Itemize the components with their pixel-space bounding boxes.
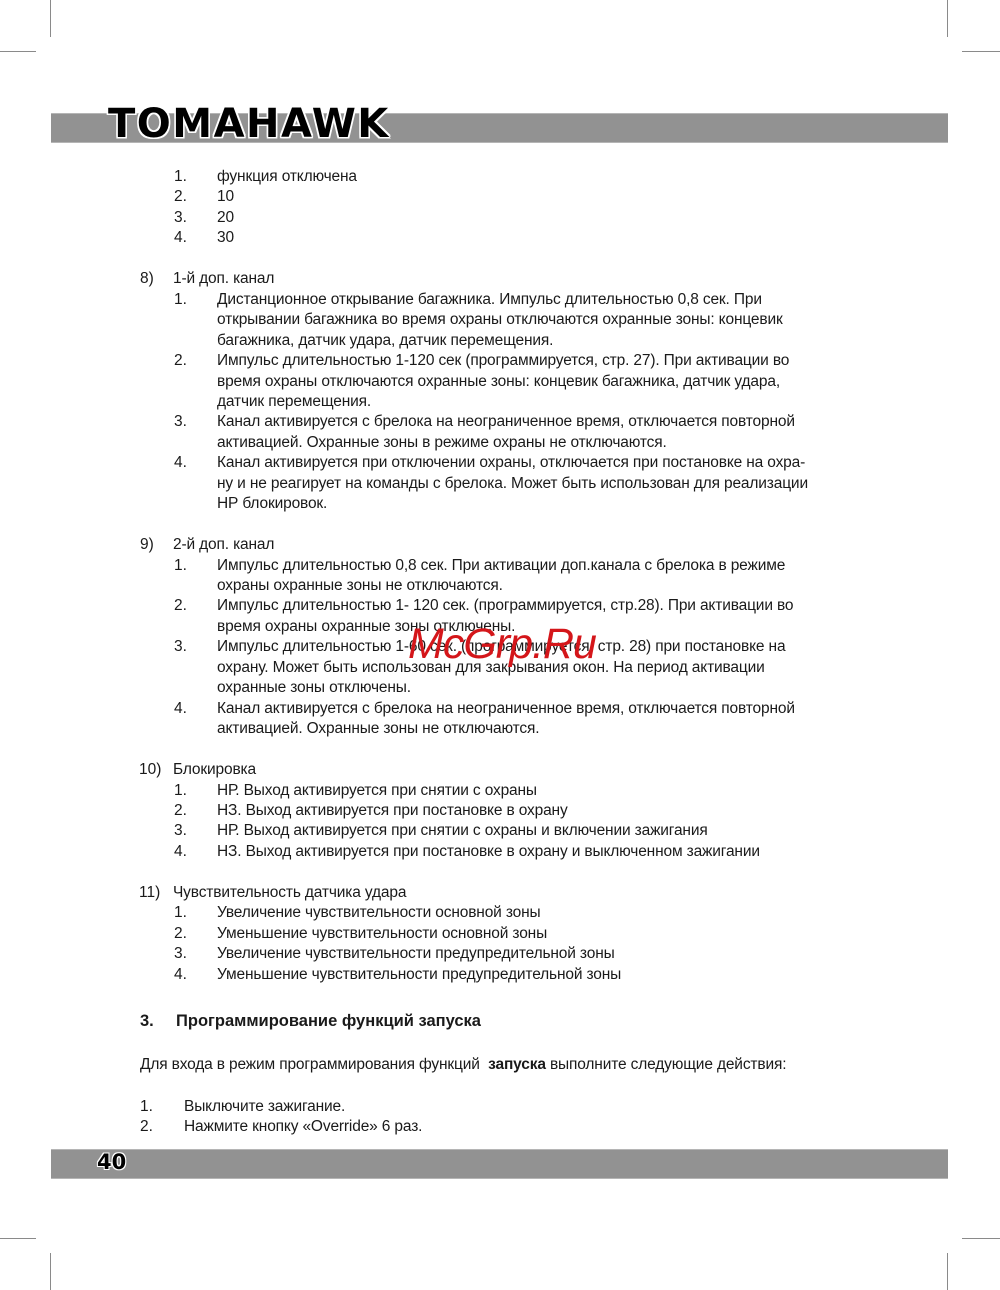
section-title: Блокировка: [173, 760, 256, 780]
list-item-text: НЗ. Выход активируется при постановке в …: [217, 801, 568, 821]
list-item-number: 3.: [174, 412, 187, 432]
list-item-text: 20: [217, 208, 234, 228]
list-item-text: охраны охранные зоны не отключаются.: [217, 576, 503, 596]
chapter-intro: Для входа в режим программирования функц…: [140, 1055, 786, 1075]
page-number: 40: [97, 1150, 126, 1174]
intro-text: Для входа в режим программирования функц…: [140, 1056, 488, 1073]
footer-bar: [51, 1149, 948, 1179]
list-item-number: 2.: [174, 924, 187, 944]
list-item-number: 2.: [174, 801, 187, 821]
section-marker: 8): [140, 269, 154, 289]
list-item-text: Импульс длительностью 1- 120 сек. (прогр…: [217, 596, 793, 616]
list-item-text: НЗ. Выход активируется при постановке в …: [217, 842, 760, 862]
list-item-text: Канал активируется с брелока на неограни…: [217, 412, 795, 432]
crop-mark: [0, 1238, 36, 1239]
list-item-number: 4.: [174, 842, 187, 862]
list-item-number: 1.: [174, 781, 187, 801]
list-item-text: НР. Выход активируется при снятии с охра…: [217, 821, 708, 841]
crop-mark: [0, 51, 36, 52]
crop-mark: [50, 0, 51, 37]
crop-mark: [947, 0, 948, 37]
list-item-text: Импульс длительностью 1-120 сек (програм…: [217, 351, 789, 371]
list-item-text: 10: [217, 187, 234, 207]
list-item-text: датчик перемещения.: [217, 392, 371, 412]
list-item-number: 3.: [174, 637, 187, 657]
list-item-number: 4.: [174, 228, 187, 248]
chapter-number: 3.: [140, 1010, 154, 1032]
crop-mark: [962, 1238, 1000, 1239]
list-item-text: ну и не реагирует на команды с брелока. …: [217, 474, 808, 494]
intro-text: выполните следующие действия:: [546, 1056, 787, 1073]
list-item-number: 2.: [174, 187, 187, 207]
watermark: McGrp.Ru: [408, 619, 596, 669]
intro-bold-keyword: запуска: [488, 1056, 546, 1073]
list-item-number: 3.: [174, 208, 187, 228]
list-item-number: 1.: [174, 167, 187, 187]
list-item-text: открывании багажника во время охраны отк…: [217, 310, 783, 330]
list-item-text: Канал активируется с брелока на неограни…: [217, 699, 795, 719]
chapter-title: Программирование функций запуска: [176, 1010, 481, 1032]
list-item-text: Увеличение чувствительности основной зон…: [217, 903, 541, 923]
list-item-text: функция отключена: [217, 167, 357, 187]
list-item-text: активацией. Охранные зоны в режиме охран…: [217, 433, 667, 453]
section-marker: 9): [140, 535, 154, 555]
list-item-text: активацией. Охранные зоны не отключаются…: [217, 719, 539, 739]
crop-mark: [947, 1253, 948, 1290]
list-item-text: Уменьшение чувствительности предупредите…: [217, 965, 621, 985]
list-item-number: 1.: [174, 903, 187, 923]
list-item-text: охранные зоны отключены.: [217, 678, 411, 698]
list-item-text: багажника, датчик удара, датчик перемеще…: [217, 331, 553, 351]
brand-logo: TOMAHAWK: [108, 101, 390, 147]
section-marker: 10): [139, 760, 161, 780]
list-item-number: 1.: [174, 290, 187, 310]
section-title: 2-й доп. канал: [173, 535, 274, 555]
list-item-text: НР. Выход активируется при снятии с охра…: [217, 781, 537, 801]
list-item-number: 3.: [174, 821, 187, 841]
section-title: 1-й доп. канал: [173, 269, 274, 289]
crop-mark: [50, 1253, 51, 1290]
step-text: Выключите зажигание.: [184, 1097, 345, 1117]
step-text: Нажмите кнопку «Override» 6 раз.: [184, 1117, 422, 1137]
list-item-number: 1.: [174, 556, 187, 576]
step-number: 2.: [140, 1117, 153, 1137]
list-item-number: 2.: [174, 351, 187, 371]
list-item-text: Увеличение чувствительности предупредите…: [217, 944, 615, 964]
list-item-text: время охраны отключаются охранные зоны: …: [217, 372, 780, 392]
list-item-number: 4.: [174, 699, 187, 719]
list-item-text: 30: [217, 228, 234, 248]
list-item-text: Дистанционное открывание багажника. Импу…: [217, 290, 762, 310]
list-item-text: Уменьшение чувствительности основной зон…: [217, 924, 547, 944]
list-item-text: Импульс длительностью 0,8 сек. При актив…: [217, 556, 785, 576]
list-item-number: 3.: [174, 944, 187, 964]
list-item-number: 4.: [174, 965, 187, 985]
list-item-text: НР блокировок.: [217, 494, 327, 514]
section-title: Чувствительность датчика удара: [173, 883, 406, 903]
crop-mark: [962, 51, 1000, 52]
list-item-number: 2.: [174, 596, 187, 616]
list-item-number: 4.: [174, 453, 187, 473]
section-marker: 11): [139, 883, 160, 903]
list-item-text: Канал активируется при отключении охраны…: [217, 453, 805, 473]
step-number: 1.: [140, 1097, 153, 1117]
